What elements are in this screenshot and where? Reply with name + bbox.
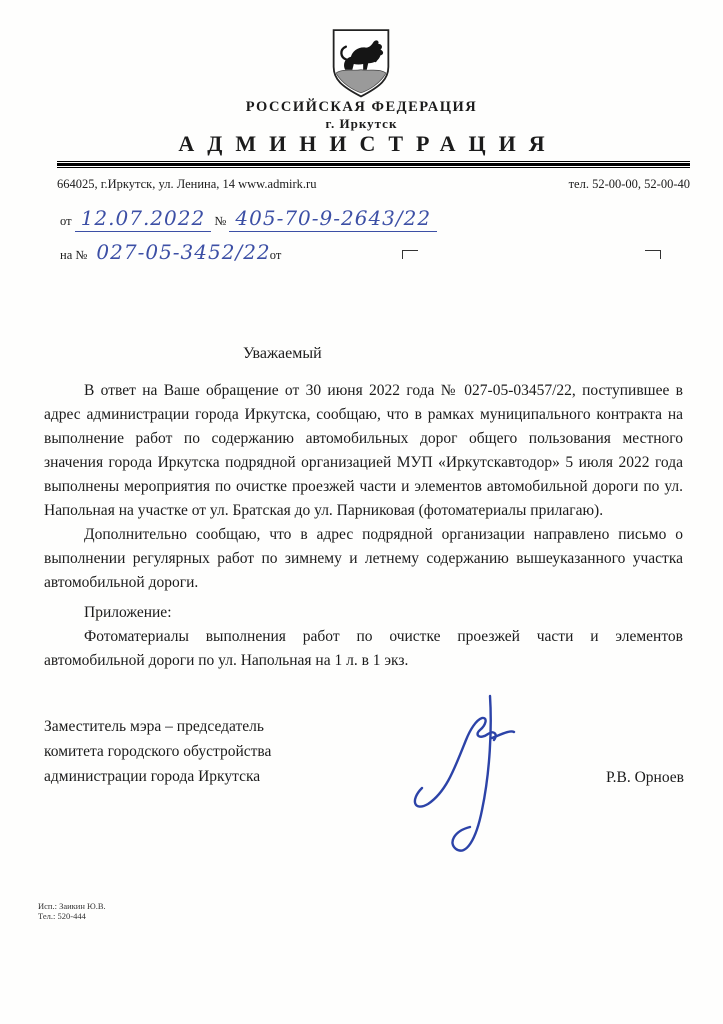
- signer-position-line-1: Заместитель мэра – председатель: [44, 714, 271, 739]
- outgoing-date-handwritten: 12.07.2022: [75, 206, 212, 232]
- signer-position: Заместитель мэра – председатель комитета…: [44, 714, 271, 789]
- irkutsk-coat-of-arms-icon: [320, 28, 402, 100]
- incoming-number-handwritten: 027-05-3452/22: [90, 240, 276, 265]
- attachment-text: Фотоматериалы выполнения работ по очистк…: [44, 625, 683, 673]
- letterhead-phone: тел. 52-00-00, 52-00-40: [569, 177, 690, 192]
- header-divider: [57, 161, 690, 168]
- signer-position-line-2: комитета городского обустройства: [44, 739, 271, 764]
- body-paragraph-2: Дополнительно сообщаю, что в адрес подря…: [44, 523, 683, 595]
- outgoing-number-handwritten: 405-70-9-2643/22: [229, 206, 437, 232]
- salutation: Уважаемый: [243, 345, 322, 363]
- signer-name: Р.В. Орноев: [606, 769, 684, 789]
- letterhead-contact-row: 664025, г.Иркутск, ул. Ленина, 14 www.ad…: [57, 177, 690, 192]
- signature-block: Заместитель мэра – председатель комитета…: [44, 714, 684, 789]
- letterhead-org-title: АДМИНИСТРАЦИЯ: [0, 131, 723, 157]
- letterhead-address: 664025, г.Иркутск, ул. Ленина, 14 www.ad…: [57, 177, 316, 192]
- reply-label: на №: [60, 248, 87, 262]
- signer-position-line-3: администрации города Иркутска: [44, 764, 271, 789]
- attachment-section: Приложение: Фотоматериалы выполнения раб…: [44, 601, 683, 673]
- executor-name: Исп.: Заикин Ю.В.: [38, 901, 106, 911]
- incoming-reference-line: на № 027-05-3452/22 от: [60, 240, 281, 264]
- from-label: от: [60, 214, 72, 228]
- letterhead-country: РОССИЙСКАЯ ФЕДЕРАЦИЯ: [0, 99, 723, 116]
- addressee-corner-mark-right: [645, 250, 661, 259]
- outgoing-reference-line: от 12.07.2022 № 405-70-9-2643/22: [60, 206, 437, 230]
- number-label: №: [214, 214, 226, 228]
- executor-phone: Тел.: 520-444: [38, 911, 106, 921]
- attachment-label: Приложение:: [44, 601, 683, 625]
- handwritten-signature: [408, 692, 520, 862]
- letterhead-city: г. Иркутск: [0, 116, 723, 132]
- reply-from-label: от: [270, 248, 282, 262]
- scanned-letter-page: РОССИЙСКАЯ ФЕДЕРАЦИЯ г. Иркутск АДМИНИСТ…: [0, 0, 723, 1024]
- body-paragraph-1: В ответ на Ваше обращение от 30 июня 202…: [44, 379, 683, 523]
- letter-body: В ответ на Ваше обращение от 30 июня 202…: [44, 379, 683, 595]
- addressee-corner-mark-left: [402, 250, 418, 259]
- executor-footer: Исп.: Заикин Ю.В. Тел.: 520-444: [38, 901, 106, 921]
